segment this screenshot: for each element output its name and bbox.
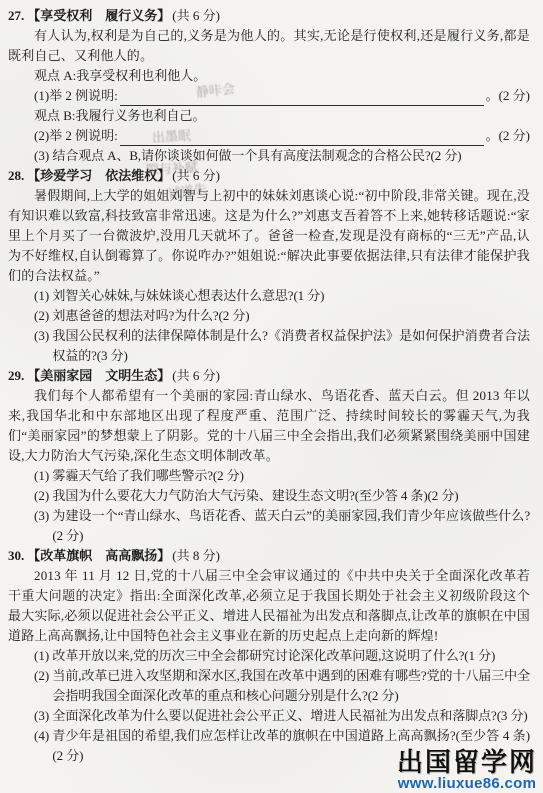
watermark-site-name: 出国留学网 bbox=[397, 749, 537, 776]
blank-label: (2)举 2 例说明: bbox=[34, 126, 118, 146]
question-paragraph: 暑假期间,上大学的姐姐刘智与上初中的妹妹刘惠谈心说:“初中阶段,非常关键。现在,… bbox=[8, 186, 530, 286]
question-heading: 27.【享受权利 履行义务】(共 6 分) bbox=[8, 6, 530, 26]
sub-question-number: (2) bbox=[34, 666, 52, 706]
sub-question: (1) 刘智关心妹妹,与妹妹谈心想表达什么意思?(1 分) bbox=[34, 286, 530, 306]
sub-question-text: 我国公民权利的法律保障体制是什么?《消费者权益保护法》是如何保护消费者合法权益的… bbox=[52, 326, 530, 366]
question: 28.【珍爱学习 依法维权】(共 6 分) 暑假期间,上大学的姐姐刘智与上初中的… bbox=[8, 166, 530, 366]
sub-question-text: 我国为什么要花大力气防治大气污染、建设生态文明?(至少答 4 条)(2 分) bbox=[52, 486, 530, 506]
sub-question-text: 结合观点 A、B,请你谈谈如何做一个具有高度法制观念的合格公民?(2 分) bbox=[52, 146, 530, 166]
fill-in-blank-line: (1)举 2 例说明: 。(2 分) bbox=[34, 86, 530, 106]
question-body: 我们每个人都希望有一个美丽的家园:青山绿水、鸟语花香、蓝天白云。但 2013 年… bbox=[8, 386, 530, 546]
sub-question-number: (1) bbox=[34, 286, 52, 306]
fill-in-blank-line: (2)举 2 例说明: 。(2 分) bbox=[34, 126, 530, 146]
question-paragraph: 有人认为,权利是为自己的,义务是为他人的。其实,无论是行使权利,还是履行义务,都… bbox=[8, 26, 530, 66]
blank-score-suffix: 。(2 分) bbox=[486, 86, 530, 106]
question: 30.【改革旗帜 高高飘扬】(共 8 分) 2013 年 11 月 12 日,党… bbox=[8, 546, 530, 766]
question-paragraph: 2013 年 11 月 12 日,党的十八届三中全会审议通过的《中共中央关于全面… bbox=[8, 566, 530, 646]
sub-question: (3) 结合观点 A、B,请你谈谈如何做一个具有高度法制观念的合格公民?(2 分… bbox=[34, 146, 530, 166]
sub-question-text: 刘惠爸爸的想法对吗?为什么?(2 分) bbox=[52, 306, 530, 326]
question: 29.【美丽家园 文明生态】(共 6 分) 我们每个人都希望有一个美丽的家园:青… bbox=[8, 366, 530, 546]
sub-question-number: (3) bbox=[34, 506, 52, 546]
sub-question-number: (3) bbox=[34, 326, 52, 366]
sub-question-number: (2) bbox=[34, 306, 52, 326]
question-title: 【珍爱学习 依法维权】 bbox=[27, 168, 170, 183]
question-score: (共 6 分) bbox=[172, 8, 220, 23]
question-paragraph: 我们每个人都希望有一个美丽的家园:青山绿水、鸟语花香、蓝天白云。但 2013 年… bbox=[8, 386, 530, 466]
answer-blank[interactable] bbox=[120, 86, 484, 106]
question: 27.【享受权利 履行义务】(共 6 分) 有人认为,权利是为自己的,义务是为他… bbox=[8, 6, 530, 166]
question-score: (共 6 分) bbox=[172, 368, 220, 383]
sub-question: (3) 全面深化改革为什么要以促进社会公平正义、增进人民福祉为出发点和落脚点?(… bbox=[34, 706, 530, 726]
sub-question-text: 改革开放以来,党的历次三中全会都研究讨论深化改革问题,这说明了什么?(1 分) bbox=[52, 646, 530, 666]
sub-question-text: 全面深化改革为什么要以促进社会公平正义、增进人民福祉为出发点和落脚点?(3 分) bbox=[52, 706, 530, 726]
blank-label: (1)举 2 例说明: bbox=[34, 86, 118, 106]
sub-question-number: (2) bbox=[34, 486, 52, 506]
question-number: 30. bbox=[8, 548, 24, 563]
question-title: 【改革旗帜 高高飘扬】 bbox=[27, 548, 170, 563]
question-body: 有人认为,权利是为自己的,义务是为他人的。其实,无论是行使权利,还是履行义务,都… bbox=[8, 26, 530, 166]
question-number: 28. bbox=[8, 168, 24, 183]
question-score: (共 6 分) bbox=[172, 168, 220, 183]
question-number: 27. bbox=[8, 8, 24, 23]
sub-question: (1) 改革开放以来,党的历次三中全会都研究讨论深化改革问题,这说明了什么?(1… bbox=[34, 646, 530, 666]
question-score: (共 8 分) bbox=[172, 548, 220, 563]
sub-question-text: 为建设一个“青山绿水、鸟语花香、蓝天白云”的美丽家园,我们青少年应该做些什么?(… bbox=[52, 506, 530, 546]
sub-question-text: 刘智关心妹妹,与妹妹谈心想表达什么意思?(1 分) bbox=[52, 286, 530, 306]
question-heading: 30.【改革旗帜 高高飘扬】(共 8 分) bbox=[8, 546, 530, 566]
question-number: 29. bbox=[8, 368, 24, 383]
sub-question: (3) 我国公民权利的法律保障体制是什么?《消费者权益保护法》是如何保护消费者合… bbox=[34, 326, 530, 366]
question-body: 暑假期间,上大学的姐姐刘智与上初中的妹妹刘惠谈心说:“初中阶段,非常关键。现在,… bbox=[8, 186, 530, 366]
sub-question-number: (4) bbox=[34, 726, 52, 766]
sub-question: (2) 我国为什么要花大力气防治大气污染、建设生态文明?(至少答 4 条)(2 … bbox=[34, 486, 530, 506]
answer-blank[interactable] bbox=[120, 126, 484, 146]
statement-line: 观点 B:我履行义务也利自己。 bbox=[34, 106, 530, 126]
watermark-site-url[interactable]: www.liuxue86.com bbox=[397, 776, 537, 792]
site-watermark: 出国留学网 www.liuxue86.com bbox=[397, 749, 537, 792]
sub-question-number: (3) bbox=[34, 146, 52, 166]
exam-page: 27.【享受权利 履行义务】(共 6 分) 有人认为,权利是为自己的,义务是为他… bbox=[0, 0, 543, 793]
sub-question-text: 雾霾天气给了我们哪些警示?(2 分) bbox=[52, 466, 530, 486]
sub-question: (3) 为建设一个“青山绿水、鸟语花香、蓝天白云”的美丽家园,我们青少年应该做些… bbox=[34, 506, 530, 546]
sub-question: (2) 当前,改革已进入攻坚期和深水区,我国在改革中遇到的困难有哪些?党的十八届… bbox=[34, 666, 530, 706]
question-body: 2013 年 11 月 12 日,党的十八届三中全会审议通过的《中共中央关于全面… bbox=[8, 566, 530, 766]
question-list: 27.【享受权利 履行义务】(共 6 分) 有人认为,权利是为自己的,义务是为他… bbox=[8, 6, 530, 766]
sub-question: (1) 雾霾天气给了我们哪些警示?(2 分) bbox=[34, 466, 530, 486]
statement-line: 观点 A:我享受权利也利他人。 bbox=[34, 66, 530, 86]
sub-question-number: (3) bbox=[34, 706, 52, 726]
sub-question-text: 当前,改革已进入攻坚期和深水区,我国在改革中遇到的困难有哪些?党的十八届三中全会… bbox=[52, 666, 530, 706]
question-title: 【享受权利 履行义务】 bbox=[27, 8, 170, 23]
sub-question: (2) 刘惠爸爸的想法对吗?为什么?(2 分) bbox=[34, 306, 530, 326]
question-title: 【美丽家园 文明生态】 bbox=[27, 368, 170, 383]
blank-score-suffix: 。(2 分) bbox=[486, 126, 530, 146]
sub-question-number: (1) bbox=[34, 466, 52, 486]
question-heading: 29.【美丽家园 文明生态】(共 6 分) bbox=[8, 366, 530, 386]
question-heading: 28.【珍爱学习 依法维权】(共 6 分) bbox=[8, 166, 530, 186]
sub-question-number: (1) bbox=[34, 646, 52, 666]
